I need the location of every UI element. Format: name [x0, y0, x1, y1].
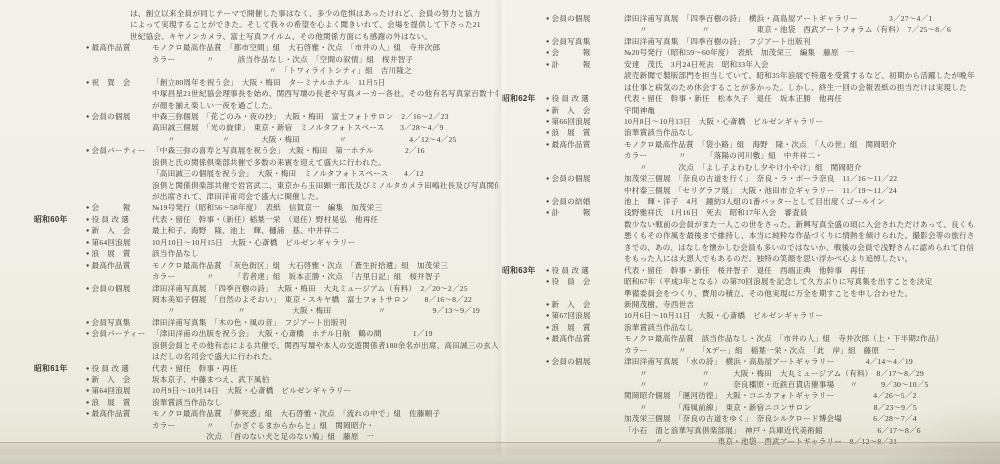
chronicle-row: 〃 〃 東京・池袋 西武アートフォラム（有料） 7／25～8／6: [502, 24, 998, 35]
section-head: [86, 271, 152, 282]
entry-line: 坂本京子、中藤まつえ、武下風伯: [152, 374, 498, 385]
year-marker: [34, 260, 86, 271]
year-marker: [502, 70, 546, 81]
chronicle-row: ●会員の個展津田洋甫写真展 「四季百樹の詩」 横浜・高島屋アートギャラリー 3／…: [502, 13, 998, 24]
section-label: 会員パーティー: [92, 329, 146, 338]
section-head: [546, 24, 624, 35]
section-label: 第64回浪展: [92, 386, 131, 395]
chronicle-row: ●浪 展 賞浪華賞該当作品なし: [34, 397, 498, 408]
entry-line: カラー 〃 「Xデー」組 稲葉一栄・次点 「此 岸」組 藤原 一: [624, 345, 998, 356]
chronicle-row: 〃 〃 大阪・梅田 〃 4／12～4／25: [34, 134, 498, 145]
entry-line: が顔を揃え楽しい一夜を過ごした。: [152, 100, 498, 111]
year-marker: [502, 207, 546, 218]
section-head: [86, 100, 152, 111]
chronicle-row: ●会員写真集津田洋甫写真集 「木の色・風の音」 フジアート出版刊: [34, 317, 498, 328]
year-marker: [34, 283, 86, 294]
entry-line: 浅野雅祥氏 1月16日 死去 昭和17年入会 審査員: [624, 207, 998, 218]
year-marker: [502, 390, 546, 401]
section-head: [86, 191, 152, 202]
bullet-icon: ●: [86, 45, 90, 51]
bullet-icon: ●: [86, 114, 90, 120]
section-head: ●浪 展 賞: [86, 248, 152, 259]
bullet-icon: ●: [86, 388, 90, 394]
year-marker: [502, 310, 546, 321]
section-label: 新 入 会: [92, 375, 131, 384]
section-head: ●会員パーティー: [86, 328, 152, 339]
chronicle-row: ●役 員 会昭和67年（平成3年となる）の第70回浪展を記念して久方ぶりに写真集…: [502, 276, 998, 287]
year-marker: [34, 328, 86, 339]
section-label: 新 入 会: [92, 226, 131, 235]
entry-line: 「小石 清と浪華写真倶楽部展」 神戸・兵庫近代美術館 6／17～8／6: [624, 425, 998, 436]
section-label: 役 員 会: [552, 277, 591, 286]
entry-line: モノクロ最高作品賞 「都市空間」組 大石啓雅・次点 「市井の人」組 寺井次郎: [152, 42, 498, 53]
entry-line: 「創立80周年を祝う会」 大阪・梅田 ターミナルホテル 11月5日: [152, 77, 498, 88]
chronicle-row: 浪倶と関係倶楽部共催で岩宮武二、東京から玉田顕一郎氏及びミノルタカメラ田嶋社長及…: [34, 180, 498, 191]
chronicle-row: ●会員の個展中森三弥個展 「花ごのみ・夜の抄」 大阪・梅田 富士フォトサロン 2…: [34, 111, 498, 122]
year-marker: [502, 196, 546, 207]
year-marker: [34, 420, 86, 431]
entry-line: 加茂栄三個展 「奈良の古道をゆく」 奈良シルクロード博会場 6／28～7／4: [624, 413, 998, 424]
section-head: ●第66回浪展: [546, 116, 624, 127]
section-label: 第67回浪展: [552, 311, 591, 320]
section-head: ●訃 報: [546, 59, 624, 70]
section-head: [546, 413, 624, 424]
chronicle-row: ●第64回浪展10月9日～10月14日 大阪・心斎橋 ビルゼンギャラリー: [34, 385, 498, 396]
chronicle-row: ●会員の個展加茂栄三個展 「奈良の古道を行く」 奈良・ラ・ポーラ奈良 11／16…: [502, 173, 998, 184]
section-label: 会員の個展: [552, 14, 591, 23]
section-head: ●最高作品賞: [546, 333, 624, 344]
entry-line: №19号発行（昭和56～58年度） 表紙 信賀京一 編集 加茂栄三: [152, 202, 498, 213]
entry-line: 10月8日～10月13日 大阪・心斎橋 ビルゼンギャラリー: [624, 116, 998, 127]
bullet-icon: ●: [546, 130, 550, 136]
chronicle-row: ●第64回浪展10月10日～10月15日 大阪・心斎橋 ビルゼンギャラリー: [34, 237, 498, 248]
year-marker: 昭和63年: [502, 265, 546, 276]
entry-line: 〃 〃 奈良橿原・近鉄百貨店催事場 〃 9／30～10／5: [624, 379, 998, 390]
entry-line: 「津田洋甫の出版を祝う会」 大阪・心斎橋 ホテル日航 鶴の間 1／19: [152, 328, 498, 339]
chronicle-row: 読売新聞で製版部門を担当していて、昭和35年浪展で特選を受賞するなど、初期から活…: [502, 70, 998, 81]
section-head: ●会員の個展: [86, 283, 152, 294]
year-marker: [502, 322, 546, 333]
intro-paragraph-line: 世紀協会、キヤノンカメラ、富士写真フイルム、その他関係方面にも感謝の外はない。: [34, 31, 498, 42]
bullet-icon: ●: [546, 39, 550, 45]
section-head: [86, 54, 152, 65]
bullet-icon: ●: [546, 199, 550, 205]
year-marker: [502, 413, 546, 424]
chronicle-row: ●訃 報安達 茂氏 3月24日死去 昭和33年入会: [502, 59, 998, 70]
year-marker: [502, 150, 546, 161]
year-marker: [502, 379, 546, 390]
bullet-icon: ●: [546, 279, 550, 285]
bullet-icon: ●: [546, 313, 550, 319]
year-marker: [502, 368, 546, 379]
entry-line: 新開茂樹、寺西世吉: [624, 299, 998, 310]
section-head: [86, 351, 152, 362]
chronicle-row: ●会員パーティー「中森三弥の喜寿と写真展を祝う会」 大阪・梅田 第一ホテル 2／…: [34, 145, 498, 156]
year-marker: [502, 127, 546, 138]
section-label: 浪 展 賞: [552, 323, 591, 332]
section-head: ●役 員 改 選: [546, 265, 624, 276]
entry-line: モノクロ最高作品賞 「灰色街区」組 大石啓雅・次点 「蒼生折拾遺」組 加茂栄三: [152, 260, 498, 271]
chronicle-row: 中塚昌星21世紀協会理事長を始め、関西写壇の長老や写真メーカー各社、その他有名写…: [34, 88, 498, 99]
year-marker: [502, 173, 546, 184]
year-marker: [502, 116, 546, 127]
section-label: 新 入 会: [552, 300, 591, 309]
year-marker: [34, 134, 86, 145]
section-head: [86, 157, 152, 168]
chronicle-row: ●新 入 会最上和子、海野 隆、池上 輝、樋浦 基、中井祥二: [34, 225, 498, 236]
section-head: ●最高作品賞: [546, 139, 624, 150]
bullet-icon: ●: [86, 240, 90, 246]
section-label: 第66回浪展: [552, 117, 591, 126]
section-head: [546, 150, 624, 161]
section-head: ●第64回浪展: [86, 237, 152, 248]
section-head: [86, 294, 152, 305]
entry-line: きでの、あの、はなしを懐かしむ会員も多いのではないか、戦後の会員で浅野さんに認め…: [624, 242, 998, 253]
year-marker: [502, 139, 546, 150]
entry-line: が出席されて、津田洋甫司会で盛大に開催した。: [152, 191, 498, 202]
year-marker: [34, 100, 86, 111]
section-head: ●役 員 改 選: [546, 93, 624, 104]
section-head: ●浪 展 賞: [546, 322, 624, 333]
year-marker: [502, 345, 546, 356]
section-label: 会員の個展: [92, 112, 131, 121]
section-label: 最高作品賞: [552, 334, 591, 343]
entry-line: 〃 〃 大阪・梅田 〃 9／13～9／19: [152, 305, 498, 316]
entry-line: 代表・留任 幹事・再任: [152, 363, 498, 374]
chronicle-row: 準備委員会をつくり、費用の積立、その他実現に万全を期すことを申し合わせた。: [502, 288, 998, 299]
chronicle-row: 「小石 清と浪華写真倶楽部展」 神戸・兵庫近代美術館 6／17～8／6: [502, 425, 998, 436]
section-label: 浪 展 賞: [92, 398, 131, 407]
section-head: ●新 入 会: [546, 105, 624, 116]
year-marker: [34, 54, 86, 65]
entry-line: 浪華賞該当作品なし: [152, 397, 498, 408]
entry-line: 悪くもその作風を最後まで維持し、本当に純粋な作品づくりに情熱を傾けられた。撮影会…: [624, 230, 998, 241]
year-marker: [34, 408, 86, 419]
section-label: 役 員 改 選: [552, 94, 589, 103]
entry-line: 浪華賞該当作品なし: [624, 127, 998, 138]
chronicle-row: 〃 〃 大阪・梅田 〃 9／13～9／19: [34, 305, 498, 316]
year-marker: [34, 317, 86, 328]
year-marker: [34, 374, 86, 385]
bullet-icon: ●: [546, 108, 550, 114]
chronicle-row: 浪倶会員とその他有志による共催で、関西写壇や本人の交遊関係者180余名が出席、高…: [34, 340, 498, 351]
section-head: [546, 242, 624, 253]
chronicle-row: ●浪 展 賞浪華賞該当作品なし: [502, 127, 998, 138]
section-head: ●会員の個展: [546, 173, 624, 184]
entry-line: 読売新聞で製版部門を担当していて、昭和35年浪展で特選を受賞するなど、初期から活…: [624, 70, 998, 81]
section-label: 第64回浪展: [92, 238, 131, 247]
entry-line: はだしの名司会で盛大に行われた。: [152, 351, 498, 362]
year-marker: [502, 59, 546, 70]
section-label: 会員の個展: [92, 284, 131, 293]
year-marker: [502, 219, 546, 230]
bullet-icon: ●: [86, 411, 90, 417]
chronicle-row: きでの、あの、はなしを懐かしむ会員も多いのではないか、戦後の会員で浅野さんに認め…: [502, 242, 998, 253]
chronicle-row: ●会員の個展津田洋甫写真展 「水の詩」 横浜・高島屋アートギャラリー 4／14～…: [502, 356, 998, 367]
entry-line: №20号発行（昭和59～60年度） 表紙 加茂栄三 編集 藤原 一: [624, 47, 998, 58]
entry-line: 昭和67年（平成3年となる）の第70回浪展を記念して久方ぶりに写真集を出すことを…: [624, 276, 998, 287]
bullet-icon: ●: [546, 119, 550, 125]
entry-line: モノクロ最高作品賞 「袋小路」組 海野 隆・次点 「人の世」組 関岡昭介: [624, 139, 998, 150]
section-label: 会員の個展: [552, 174, 591, 183]
year-marker: [502, 82, 546, 93]
section-head: [86, 420, 152, 431]
year-marker: [34, 385, 86, 396]
book-spread: は、創立以来全員が同じテーマで開催した事はなく、多少の危惧はあったけれど、会員の…: [0, 0, 1000, 464]
chronicle-row: 〃 〃 奈良橿原・近鉄百貨店催事場 〃 9／30～10／5: [502, 379, 998, 390]
year-marker: [502, 276, 546, 287]
section-head: [546, 253, 624, 264]
entry-line: 次点 「首のない犬と足のない鳩」組 藤原 一: [152, 431, 498, 442]
entry-line: 〃 〃 大阪・梅田 〃 4／12～4／25: [152, 134, 498, 145]
section-head: ●最高作品賞: [86, 408, 152, 419]
chronicle-row: が顔を揃え楽しい一夜を過ごした。: [34, 100, 498, 111]
chronicle-row: ●最高作品賞モノクロ最高作品賞 該当作品なし・次点 「市井の人」組 寺井次郎（上…: [502, 333, 998, 344]
entry-line: 浪倶と関係倶楽部共催で岩宮武二、東京から玉田顕一郎氏及びミノルタカメラ田嶋社長及…: [152, 180, 498, 191]
year-marker: 昭和61年: [34, 363, 86, 374]
bullet-icon: ●: [86, 286, 90, 292]
entry-line: 10月9日～10月14日 大阪・心斎橋 ビルゼンギャラリー: [152, 385, 498, 396]
section-label: 役 員 改 選: [552, 266, 589, 275]
chronicle-row: ●最高作品賞モノクロ最高作品賞 「袋小路」組 海野 隆・次点 「人の世」組 関岡…: [502, 139, 998, 150]
chronicle-row: カラー 〃 該当作品なし・次点 「空間の叙情」組 桜井智子: [34, 54, 498, 65]
entry-line: 中塚昌星21世紀協会理事長を始め、関西写壇の長老や写真メーカー各社、その他有名写…: [152, 88, 498, 99]
section-head: ●会員の個展: [546, 13, 624, 24]
bullet-icon: ●: [546, 142, 550, 148]
chronicle-row: 昭和63年●役 員 改 選代表・留任 幹事・新任 桜井智子 退任 西端正典 他幹…: [502, 265, 998, 276]
chronicle-row: 岡本美知子個展 「自然のよそおい」 東京・スキヤ橋 富士フォトサロン 8／16～…: [34, 294, 498, 305]
bullet-icon: ●: [546, 302, 550, 308]
chronicle-row: 中村泰三個展 「セリグラフ展」 大阪・池田市立ギャラリー 11／19～11／24: [502, 185, 998, 196]
chronicle-row: 〃 次点 「よし子よわむし夕やけ小やけ」組 関岡昭介: [502, 162, 998, 173]
year-marker: [502, 333, 546, 344]
section-head: ●最高作品賞: [86, 260, 152, 271]
section-head: [546, 185, 624, 196]
section-head: [546, 425, 624, 436]
section-head: ●新 入 会: [86, 374, 152, 385]
bullet-icon: ●: [86, 377, 90, 383]
section-label: 会 報: [92, 203, 131, 212]
year-marker: [502, 425, 546, 436]
entry-line: 〃 東京・池袋 西武アートギャラリー 8／12～8／31: [624, 436, 998, 447]
section-label: 会員パーティー: [92, 146, 146, 155]
bullet-icon: ●: [86, 366, 90, 372]
section-head: [546, 436, 624, 447]
entry-line: 安達 茂氏 3月24日死去 昭和33年入会: [624, 59, 998, 70]
section-head: ●浪 展 賞: [86, 397, 152, 408]
section-head: [546, 345, 624, 356]
bullet-icon: ●: [86, 228, 90, 234]
bullet-icon: ●: [86, 400, 90, 406]
year-marker: [502, 356, 546, 367]
section-head: [86, 340, 152, 351]
section-head: ●訃 報: [546, 207, 624, 218]
entry-line: カラー 〃 「かざぐるまからからと」組 関岡昭介・: [152, 420, 498, 431]
year-marker: [34, 225, 86, 236]
chronicle-row: ●浪 展 賞該当作品なし: [34, 248, 498, 259]
year-marker: [34, 202, 86, 213]
chronicle-row: ●最高作品賞モノクロ最高作品賞 「都市空間」組 大石啓雅・次点 「市井の人」組 …: [34, 42, 498, 53]
entry-line: 〃 次点 「よし子よわむし夕やけ小やけ」組 関岡昭介: [624, 162, 998, 173]
bullet-icon: ●: [86, 331, 90, 337]
section-head: ●会員の個展: [86, 111, 152, 122]
section-head: [546, 82, 624, 93]
year-marker: 昭和62年: [502, 93, 546, 104]
entry-line: 〃 「トワィライトシティ」組 吉川隆之: [152, 65, 498, 76]
section-label: 最高作品賞: [92, 409, 131, 418]
entry-line: は仕事と病気のため休会することが多かった。しかし、終生一回の会報表紙の担当だけは…: [624, 82, 998, 93]
entry-line: カラー 〃 該当作品なし・次点 「空間の叙情」組 桜井智子: [152, 54, 498, 65]
chronicle-row: 昭和60年●役 員 改 選代表・留任 幹事・（新任）稲葉一栄 （退任）野村晃弘 …: [34, 214, 498, 225]
chronicle-row: 関岡昭介個展 「運河彷徨」 大阪・コニカフォトギャラリー 4／26～5／2: [502, 390, 998, 401]
chronicle-row: 昭和61年●役 員 改 選代表・留任 幹事・再任: [34, 363, 498, 374]
year-marker: [34, 88, 86, 99]
year-marker: [34, 157, 86, 168]
entry-line: 10月10日～10月15日 大阪・心斎橋 ビルゼンギャラリー: [152, 237, 498, 248]
entry-line: カラー 〃 「若者達」組 坂本正勝・次点 「古里日記」組 桜井智子: [152, 271, 498, 282]
year-marker: [34, 305, 86, 316]
section-head: [546, 390, 624, 401]
section-head: [546, 230, 624, 241]
year-marker: [34, 65, 86, 76]
section-label: 会員の結婚: [552, 197, 591, 206]
entry-line: 宇間神亀: [624, 105, 998, 116]
year-marker: [34, 271, 86, 282]
entry-line: 岡本美知子個展 「自然のよそおい」 東京・スキヤ橋 富士フォトサロン 8／16～…: [152, 294, 498, 305]
chronicle-row: ●新 入 会新開茂樹、寺西世吉: [502, 299, 998, 310]
chronicle-row: 悪くもその作風を最後まで維持し、本当に純粋な作品づくりに情熱を傾けられた。撮影会…: [502, 230, 998, 241]
entry-line: 「中森三弥の喜寿と写真展を祝う会」 大阪・梅田 第一ホテル 2／16: [152, 145, 498, 156]
year-marker: [502, 242, 546, 253]
bullet-icon: ●: [86, 251, 90, 257]
year-marker: [34, 42, 86, 53]
section-label: 祝 賀 会: [92, 78, 131, 87]
chronicle-row: 〃 「トワィライトシティ」組 吉川隆之: [34, 65, 498, 76]
bullet-icon: ●: [86, 217, 90, 223]
entry-line: 津田洋甫写真展 「水の詩」 横浜・高島屋アートギャラリー 4／14～4／19: [624, 356, 998, 367]
chronicle-row: 次点 「首のない犬と足のない鳩」組 藤原 一: [34, 431, 498, 442]
year-marker: [34, 122, 86, 133]
section-head: ●会員の結婚: [546, 196, 624, 207]
chronicle-row: 加茂栄三個展 「奈良の古道をゆく」 奈良シルクロード博会場 6／28～7／4: [502, 413, 998, 424]
chronicle-row: ●第66回浪展10月8日～10月13日 大阪・心斎橋 ビルゼンギャラリー: [502, 116, 998, 127]
section-head: [546, 219, 624, 230]
chronicle-row: ●会員パーティー「津田洋甫の出版を祝う会」 大阪・心斎橋 ホテル日航 鶴の間 1…: [34, 328, 498, 339]
year-marker: [502, 253, 546, 264]
entry-line: 代表・留任 幹事・（新任）稲葉一栄 （退任）野村晃弘 他再任: [152, 214, 498, 225]
intro-paragraph-line: によって実現することができた。そして我々の希望を心よく聞きいれて、会場を提供して…: [34, 19, 498, 30]
year-marker: [34, 351, 86, 362]
year-marker: [502, 162, 546, 173]
section-label: 浪 展 賞: [92, 249, 131, 258]
chronicle-row: ●会員の個展津田洋甫写真展 「四季百樹の詩」 大阪・梅田 大丸ミュージアム（有料…: [34, 283, 498, 294]
chronicle-row: ●浪 展 賞浪華賞該当作品なし: [502, 322, 998, 333]
section-head: [86, 431, 152, 442]
year-marker: [34, 145, 86, 156]
entry-line: 浪華賞該当作品なし: [624, 322, 998, 333]
year-marker: [502, 13, 546, 24]
entry-line: モノクロ最高作品賞 該当作品なし・次点 「市井の人」組 寺井次郎（上・下半期2作…: [624, 333, 998, 344]
entry-line: 浪倶会員とその他有志による共催で、関西写壇や本人の交遊関係者180余名が出席、高…: [152, 340, 498, 351]
entry-line: カラー 〃 「落陽の河川敷」組 中井祥二・: [624, 150, 998, 161]
entry-line: 準備委員会をつくり、費用の積立、その他実現に万全を期すことを申し合わせた。: [624, 288, 998, 299]
chronicle-row: ●会 報№19号発行（昭和56～58年度） 表紙 信賀京一 編集 加茂栄三: [34, 202, 498, 213]
entry-line: 〃 〃 大阪・梅田 大丸ミュージアム（有料） 8／17～8／29: [624, 368, 998, 379]
bullet-icon: ●: [546, 325, 550, 331]
chronicle-row: が出席されて、津田洋甫司会で盛大に開催した。: [34, 191, 498, 202]
chronicle-row: 数少ない戦前の会員がまた一人この世をさった。新興写真全盛の頃に入会されただけあっ…: [502, 219, 998, 230]
year-marker: [34, 111, 86, 122]
entry-line: 加茂栄三個展 「奈良の古道を行く」 奈良・ラ・ポーラ奈良 11／16～11／22: [624, 173, 998, 184]
section-head: ●新 入 会: [86, 225, 152, 236]
section-label: 役 員 改 選: [92, 364, 129, 373]
year-marker: [502, 24, 546, 35]
page-left: は、創立以来全員が同じテーマで開催した事はなく、多少の危惧はあったけれど、会員の…: [0, 0, 500, 464]
bullet-icon: ●: [86, 80, 90, 86]
section-label: 役 員 改 選: [92, 215, 129, 224]
chronicle-row: 〃 東京・池袋 西武アートギャラリー 8／12～8／31: [502, 436, 998, 447]
section-head: [546, 70, 624, 81]
chronicle-row: ●会員写真集津田洋甫写真集 「四季百樹の詩」 フジアート出版刊: [502, 36, 998, 47]
bullet-icon: ●: [546, 268, 550, 274]
section-head: ●会 報: [546, 47, 624, 58]
bullet-icon: ●: [546, 176, 550, 182]
entry-line: 津田洋甫写真展 「四季百樹の詩」 横浜・高島屋アートギャラリー 3／27～4／1: [624, 13, 998, 24]
bullet-icon: ●: [86, 320, 90, 326]
year-marker: [34, 237, 86, 248]
chronicle-row: をもった人には大恩人でもあるのだ。独特の笑顔を思い浮かべ心より追悼したい。: [502, 253, 998, 264]
entry-line: 中村泰三個展 「セリグラフ展」 大阪・池田市立ギャラリー 11／19～11／24: [624, 185, 998, 196]
section-head: [86, 305, 152, 316]
page-right: ●会員の個展津田洋甫写真展 「四季百樹の詩」 横浜・高島屋アートギャラリー 3／…: [500, 0, 1000, 464]
year-marker: [34, 294, 86, 305]
year-marker: [502, 436, 546, 447]
section-label: 訃 報: [552, 60, 591, 69]
year-marker: [502, 185, 546, 196]
bullet-icon: ●: [546, 210, 550, 216]
section-label: 会員の個展: [552, 357, 591, 366]
chronicle-row: 「高田誠三の個展を祝う会」 大阪・梅田 ミノルタフォトスペース 4／12: [34, 168, 498, 179]
entry-line: 池上 輝・洋子 4月 鐘紡3人組の1番バッターとして目出度くゴールイン: [624, 196, 998, 207]
chronicle-row: 昭和62年●役 員 改 選代表・留任 幹事・新任 松本久子 退任 坂本正勝 他再…: [502, 93, 998, 104]
year-marker: [502, 299, 546, 310]
chronicle-row: 高田誠三個展 「光の旋律」 東京・新宿 ミノルタフォトスペース 3／28～4／9: [34, 122, 498, 133]
entry-line: 関岡昭介個展 「運河彷徨」 大阪・コニカフォトギャラリー 4／26～5／2: [624, 390, 998, 401]
section-head: [546, 402, 624, 413]
bullet-icon: ●: [546, 359, 550, 365]
chronicle-row: ●新 入 会坂本京子、中藤まつえ、武下風伯: [34, 374, 498, 385]
chronicle-row: 浪倶と氏の関係倶楽部共催で多数の来賓を迎えて盛大に行われた。: [34, 157, 498, 168]
section-head: ●第67回浪展: [546, 310, 624, 321]
year-marker: [502, 47, 546, 58]
entry-line: 浪倶と氏の関係倶楽部共催で多数の来賓を迎えて盛大に行われた。: [152, 157, 498, 168]
year-marker: [502, 230, 546, 241]
section-head: ●祝 賀 会: [86, 77, 152, 88]
bullet-icon: ●: [546, 16, 550, 22]
section-head: ●役 員 改 選: [86, 363, 152, 374]
entry-line: モノクロ最高作品賞 「夢死惑」組 大石啓雅・次点 「流れの中で」組 佐藤順子: [152, 408, 498, 419]
year-marker: 昭和60年: [34, 214, 86, 225]
entry-line: 数少ない戦前の会員がまた一人この世をさった。新興写真全盛の頃に入会されただけあっ…: [624, 219, 998, 230]
chronicle-row: カラー 〃 「Xデー」組 稲葉一栄・次点 「此 岸」組 藤原 一: [502, 345, 998, 356]
bullet-icon: ●: [546, 50, 550, 56]
chronicle-row: 〃 「海風前線」 東京・新宿ニコンサロン 8／23～9／5: [502, 402, 998, 413]
entry-line: をもった人には大恩人でもあるのだ。独特の笑顔を思い浮かべ心より追悼したい。: [624, 253, 998, 264]
chronicle-row: カラー 〃 「落陽の河川敷」組 中井祥二・: [502, 150, 998, 161]
entry-line: 〃 「海風前線」 東京・新宿ニコンサロン 8／23～9／5: [624, 402, 998, 413]
intro-paragraph-line: は、創立以来全員が同じテーマで開催した事はなく、多少の危惧はあったけれど、会員の…: [34, 8, 498, 19]
year-marker: [34, 431, 86, 442]
